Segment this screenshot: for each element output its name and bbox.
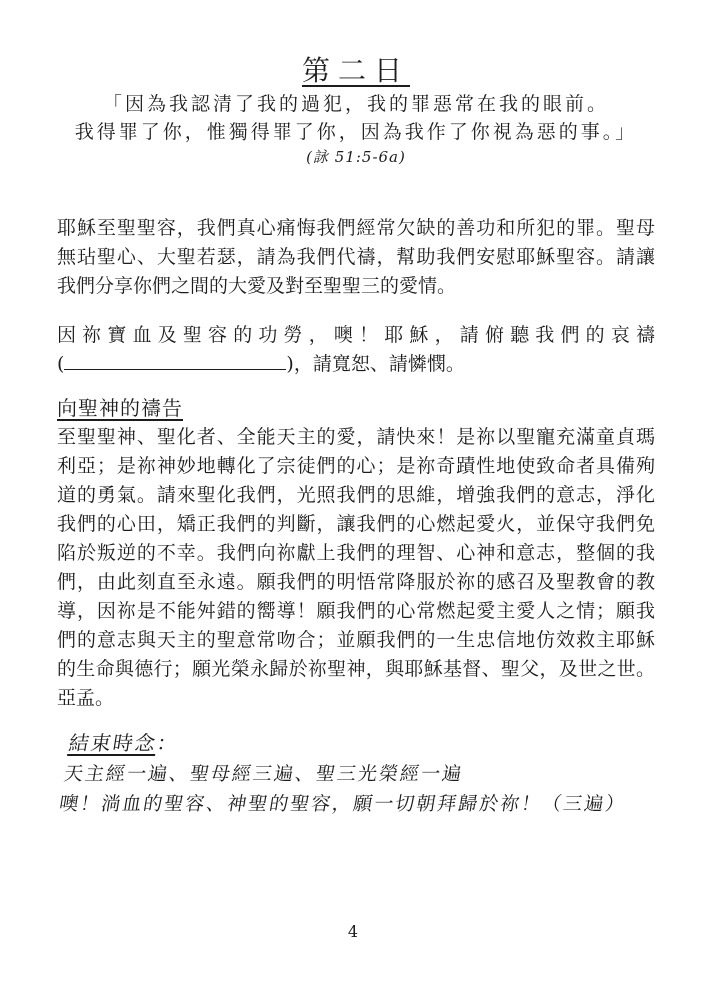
paragraph-line: 無玷聖心、大聖若瑟，請為我們代禱，幫助我們安慰耶穌聖容。請讓: [57, 243, 655, 272]
prayer-paragraph-petition: 因祢寶血及聖容的功勞，噢！耶穌，請俯聽我們的哀禱 ()，請寬恕、請憐憫。: [57, 321, 655, 379]
prayer-line: 們的意志與天主的聖意常吻合；並願我們的一生忠信地仿效救主耶穌: [57, 626, 655, 655]
fill-in-blank: [64, 350, 286, 370]
prayer-line: 導，因祢是不能舛錯的嚮導！願我們的心常燃起愛主愛人之情；願我: [57, 597, 655, 626]
scripture-quote-line: 我得罪了你，惟獨得罪了你，因為我作了你視為惡的事。」: [57, 118, 655, 146]
prayer-line: 亞孟。: [57, 684, 655, 713]
open-paren: (: [57, 353, 64, 375]
document-page: 第二日 「因為我認清了我的過犯，我的罪惡常在我的眼前。 我得罪了你，惟獨得罪了你…: [57, 54, 655, 819]
prayer-line: 道的勇氣。請來聖化我們，光照我們的思維，增強我們的意志，淨化: [57, 481, 655, 510]
paragraph-line: 因祢寶血及聖容的功勞，噢！耶穌，請俯聽我們的哀禱: [57, 321, 655, 350]
closing-prayers-section: 結束時念： 天主經一遍、聖母經三遍、聖三光榮經一遍 噢！淌血的聖容、神聖的聖容，…: [57, 727, 670, 819]
paragraph-line: 耶穌至聖聖容，我們真心痛悔我們經常欠缺的善功和所犯的罪。聖母: [57, 214, 655, 243]
prayer-line: 陷於叛逆的不幸。我們向祢獻上我們的理智、心神和意志，整個的我: [57, 539, 655, 568]
scripture-quote-line: 「因為我認清了我的過犯，我的罪惡常在我的眼前。: [57, 90, 655, 118]
closing-header: 結束時念：: [67, 727, 670, 759]
prayer-paragraph-contrition: 耶穌至聖聖容，我們真心痛悔我們經常欠缺的善功和所犯的罪。聖母 無玷聖心、大聖若瑟…: [57, 214, 655, 301]
paragraph-line-suffix: )，請寬恕、請憐憫。: [286, 353, 464, 375]
scripture-reference: (詠 51:5-6a): [57, 146, 655, 168]
closing-header-colon: ：: [155, 731, 181, 755]
prayer-line: 利亞；是祢神妙地轉化了宗徒們的心；是祢奇蹟性地使致命者具備殉: [57, 452, 655, 481]
closing-line: 噢！淌血的聖容、神聖的聖容，願一切朝拜歸於祢！（三遍）: [57, 789, 660, 819]
page-title-text: 第二日: [302, 54, 410, 87]
paragraph-line-with-blank: ()，請寬恕、請憐憫。: [57, 350, 655, 379]
prayer-line: 至聖聖神、聖化者、全能天主的愛，請快來！是祢以聖寵充滿童貞瑪: [57, 423, 655, 452]
section-header-text: 向聖神的禱告: [57, 396, 183, 420]
scripture-quote: 「因為我認清了我的過犯，我的罪惡常在我的眼前。 我得罪了你，惟獨得罪了你，因為我…: [57, 90, 655, 168]
closing-header-text: 結束時念: [67, 731, 159, 755]
paragraph-line: 我們分享你們之間的大愛及對至聖聖三的愛情。: [57, 272, 655, 301]
prayer-line: 們，由此刻直至永遠。願我們的明悟常降服於祢的感召及聖教會的教: [57, 568, 655, 597]
holy-spirit-prayer: 至聖聖神、聖化者、全能天主的愛，請快來！是祢以聖寵充滿童貞瑪 利亞；是祢神妙地轉…: [57, 423, 655, 713]
page-title: 第二日: [57, 54, 655, 88]
page-number: 4: [0, 922, 706, 941]
prayer-line: 的生命與德行；願光榮永歸於祢聖神，與耶穌基督、聖父，及世之世。: [57, 655, 655, 684]
section-header-holy-spirit: 向聖神的禱告: [57, 395, 655, 421]
prayer-line: 我們的心田，矯正我們的判斷，讓我們的心燃起愛火，並保守我們免: [57, 510, 655, 539]
closing-line: 天主經一遍、聖母經三遍、聖三光榮經一遍: [62, 759, 665, 789]
